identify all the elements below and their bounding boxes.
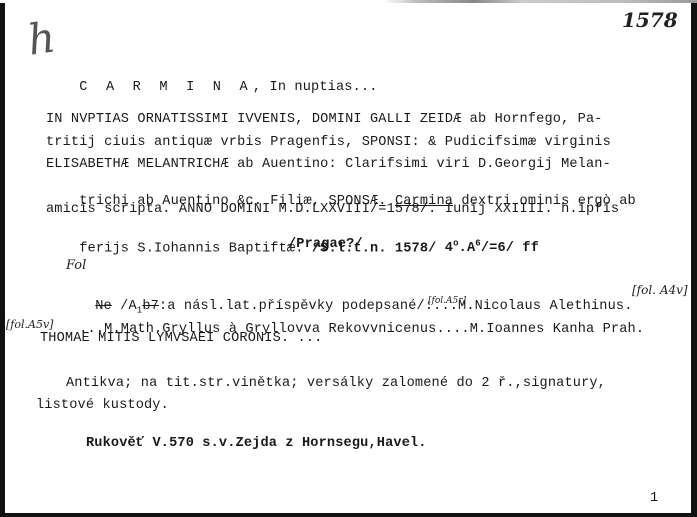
title-line-3: ELISABETHÆ MELANTRICHÆ ab Auentino: Clar… — [46, 158, 611, 172]
leaves-value: /=6/ ff — [481, 241, 539, 256]
notes-line-2: listové kustody. — [36, 399, 169, 413]
handwritten-year: 1578 — [622, 8, 678, 32]
title-line-6-text: ferijs S.Iohannis Baptiftæ. — [79, 241, 303, 256]
imprint-place-guess: /Pragae?/ — [288, 238, 363, 252]
heading-subtitle: , In nuptias... — [253, 80, 378, 95]
contents-line-3: THOMAE MITIS LYMVSAEI CORONIS. ... — [40, 332, 322, 346]
scan-edge-bottom — [0, 513, 697, 517]
contents-line-2-b: ...M.Ioannes Kanha Prah. — [445, 322, 644, 337]
heading-title: C A R M I N A — [79, 80, 253, 95]
title-line-5: amicis scripta. ANNO DOMINI M.D.LXXVIII/… — [46, 203, 619, 217]
format-value: 4 — [445, 241, 453, 256]
page-number: 1 — [650, 492, 658, 506]
handwritten-ref-3: [fol.A5v] — [6, 318, 53, 331]
collation-value: .A — [459, 241, 476, 256]
title-line-2: tritij ciuis antiquæ vrbis Pragenfis, SP… — [46, 136, 611, 150]
handwritten-ref-2: [fol.A5r] — [428, 296, 466, 306]
scan-edge-left — [0, 0, 5, 517]
handwritten-ref-1: [fol. A4v] — [632, 283, 688, 297]
catalog-card: h 1578 C A R M I N A, In nuptias... IN N… — [0, 0, 697, 517]
card-heading: C A R M I N A, In nuptias... — [46, 67, 378, 108]
scan-edge-top — [0, 0, 697, 3]
scan-edge-right — [691, 0, 697, 517]
imprint-format: 4o.A6/=6/ ff — [445, 241, 539, 256]
title-line-1: IN NVPTIAS ORNATISSIMI IVVENIS, DOMINI G… — [46, 113, 603, 127]
notes-line-1: Antikva; na tit.str.vinětka; versálky za… — [66, 377, 606, 391]
handwritten-fol-label: Fol — [66, 258, 86, 273]
handwritten-initial: h — [25, 12, 59, 64]
bibliographic-reference: Rukověť V.570 s.v.Zejda z Hornsegu,Havel… — [86, 437, 427, 451]
